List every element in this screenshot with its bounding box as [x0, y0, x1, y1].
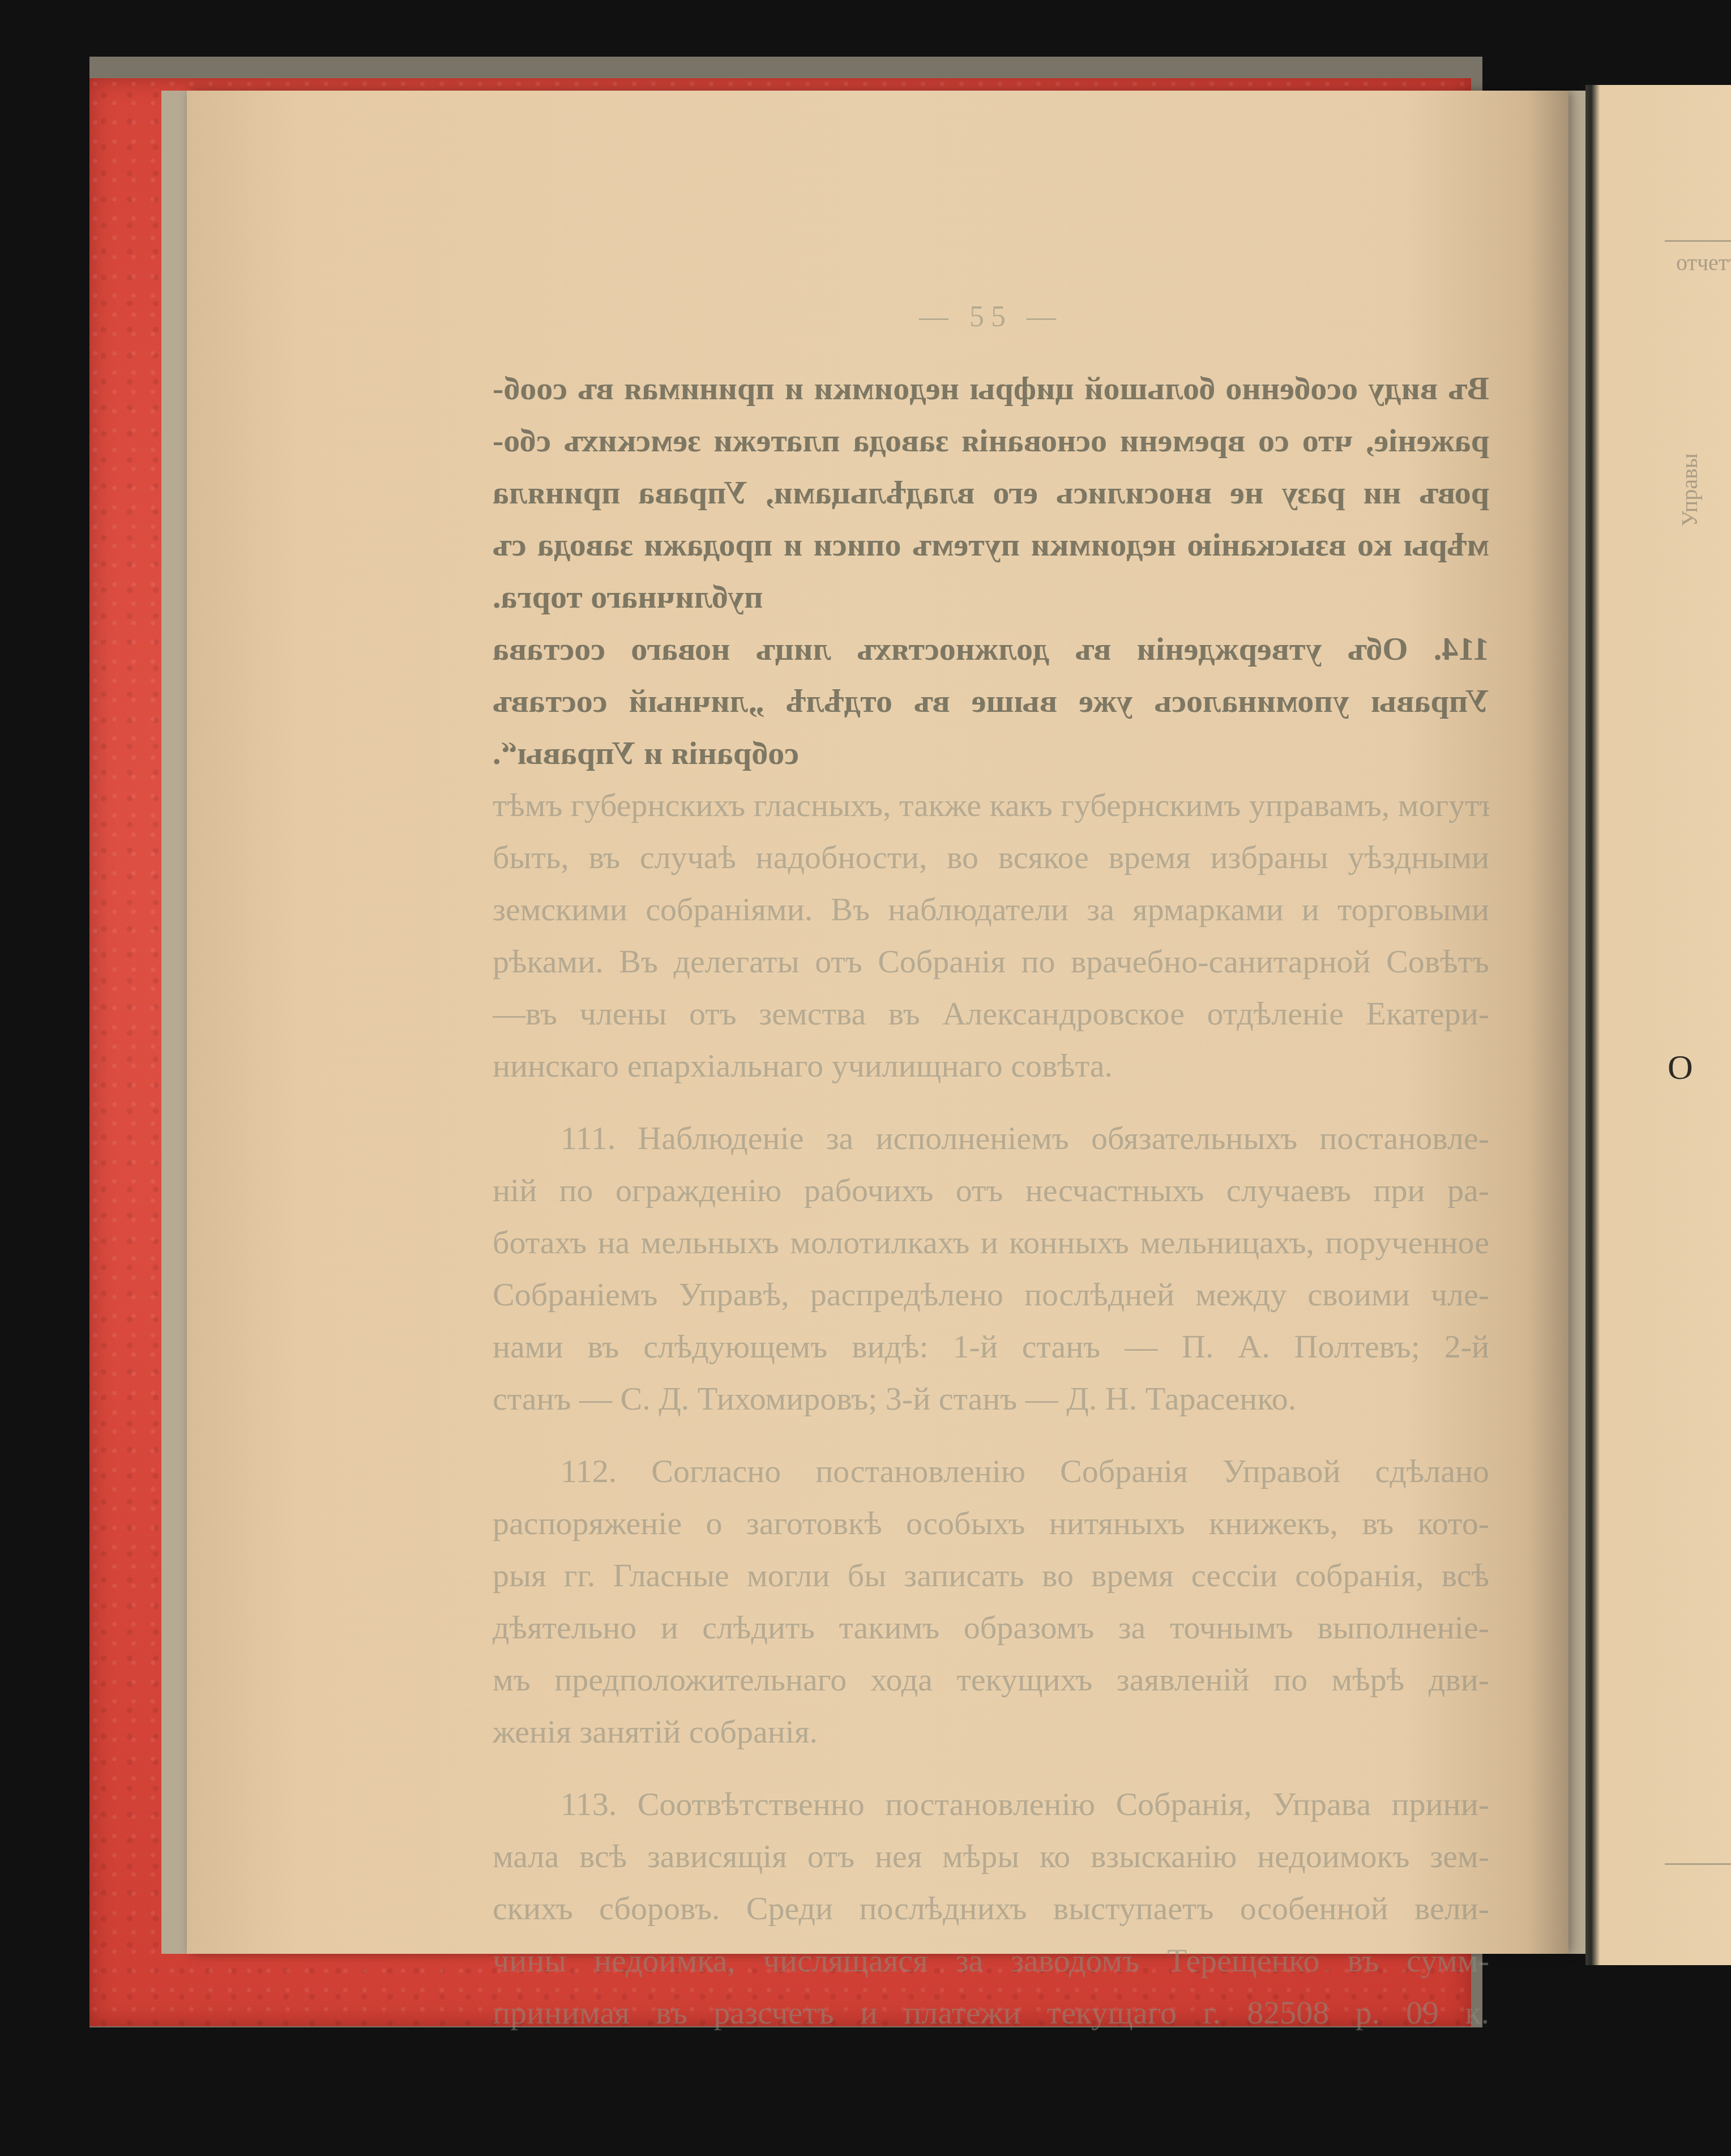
- right-page-faint-text: отчетъ: [1676, 249, 1731, 276]
- faint-line: нинскаго епархіальнаго училищнаго совѣта…: [493, 1040, 1489, 1092]
- faint-line: женія занятій собранія.: [493, 1706, 1489, 1758]
- bleed-line: Въ виду особенно большой цифры недоимки …: [493, 362, 1489, 415]
- faint-line: ній по огражденію рабочихъ отъ несчастны…: [493, 1164, 1489, 1216]
- bleed-line: Управы упоминалось уже выше въ отдѣлѣ „л…: [493, 675, 1489, 727]
- right-page-faint-text: Управы: [1676, 453, 1703, 527]
- faint-line: мъ предположительнаго хода текущихъ заяв…: [493, 1654, 1489, 1706]
- faint-line: быть, въ случаѣ надобности, во всякое вр…: [493, 831, 1489, 883]
- faint-line: 113. Соотвѣтственно постановленію Собран…: [493, 1778, 1489, 1830]
- faint-line: 111. Наблюденіе за исполненіемъ обязател…: [493, 1112, 1489, 1164]
- paragraph-gap: [493, 1425, 1489, 1445]
- faint-line: принимая въ разсчетъ и платежи текущаго …: [493, 1987, 1489, 2039]
- faint-line: распоряженіе о заготовкѣ особыхъ нитяных…: [493, 1497, 1489, 1549]
- faint-line: рѣками. Въ делегаты отъ Собранія по врач…: [493, 936, 1489, 988]
- faint-line: Собраніемъ Управѣ, распредѣлено послѣдне…: [493, 1269, 1489, 1321]
- faint-line: мала всѣ зависящія отъ нея мѣры ко взыск…: [493, 1830, 1489, 1882]
- faint-line: станъ — С. Д. Тихомировъ; 3-й станъ — Д.…: [493, 1373, 1489, 1425]
- page-number: — 55 —: [906, 300, 1076, 334]
- faint-line: дѣятельно и слѣдить такимъ образомъ за т…: [493, 1602, 1489, 1654]
- faint-line: скихъ сборовъ. Среди послѣднихъ выступае…: [493, 1882, 1489, 1935]
- faint-line: 112. Согласно постановленію Собранія Упр…: [493, 1445, 1489, 1497]
- bleed-line: собранія и Управы“.: [493, 727, 1489, 779]
- bleed-line: раженіе, что со времени основанія завода…: [493, 415, 1489, 467]
- faint-line: —въ члены отъ земства въ Александровское…: [493, 988, 1489, 1040]
- bleed-line: ровъ ни разу не вносились его владѣльцам…: [493, 467, 1489, 519]
- faint-line: нами въ слѣдующемъ видѣ: 1-й станъ — П. …: [493, 1321, 1489, 1373]
- bleed-line: публичнаго торга.: [493, 571, 1489, 623]
- bleed-line: 114. Объ утвержденіи въ должностяхъ лицъ…: [493, 623, 1489, 675]
- paragraph-gap: [493, 1758, 1489, 1778]
- bleed-line: мѣры ко взысканію недоимки путемъ описи …: [493, 519, 1489, 571]
- faint-line: тѣмъ губернскихъ гласныхъ, также какъ гу…: [493, 779, 1489, 831]
- right-page-rule: [1665, 1863, 1731, 1865]
- right-page-rule: [1665, 240, 1731, 242]
- faint-line: чины недоимка, числящаяся за заводомъ Те…: [493, 1935, 1489, 1987]
- paragraph-gap: [493, 1092, 1489, 1112]
- right-page: [1585, 85, 1731, 1965]
- faint-line: рыя гг. Гласные могли бы записать во вре…: [493, 1549, 1489, 1602]
- right-page-title-fragment: О З: [1668, 1048, 1731, 1088]
- page-text-block: Въ виду особенно большой цифры недоимки …: [493, 362, 1489, 2039]
- faint-line: ботахъ на мельныхъ молотилкахъ и конныхъ…: [493, 1216, 1489, 1269]
- faint-line: земскими собраніями. Въ наблюдатели за я…: [493, 883, 1489, 936]
